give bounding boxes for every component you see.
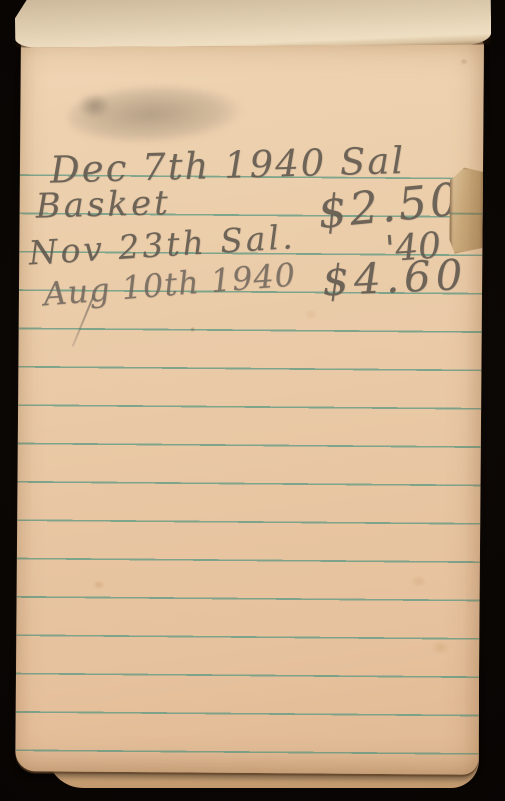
- photo-background: Dec 7th 1940 Sal Basket $2.50 Nov 23th S…: [0, 0, 505, 801]
- entry-amount-aug10: $4.60: [321, 250, 468, 305]
- notepad-page: Dec 7th 1940 Sal Basket $2.50 Nov 23th S…: [15, 36, 484, 775]
- torn-tape-patch: [449, 168, 484, 254]
- entry-item-basket: Basket: [35, 183, 171, 227]
- pencil-smudge-dark-spot: [72, 89, 116, 123]
- folded-page-flap: [15, 0, 491, 47]
- torn-patch-rule-line: [450, 212, 484, 214]
